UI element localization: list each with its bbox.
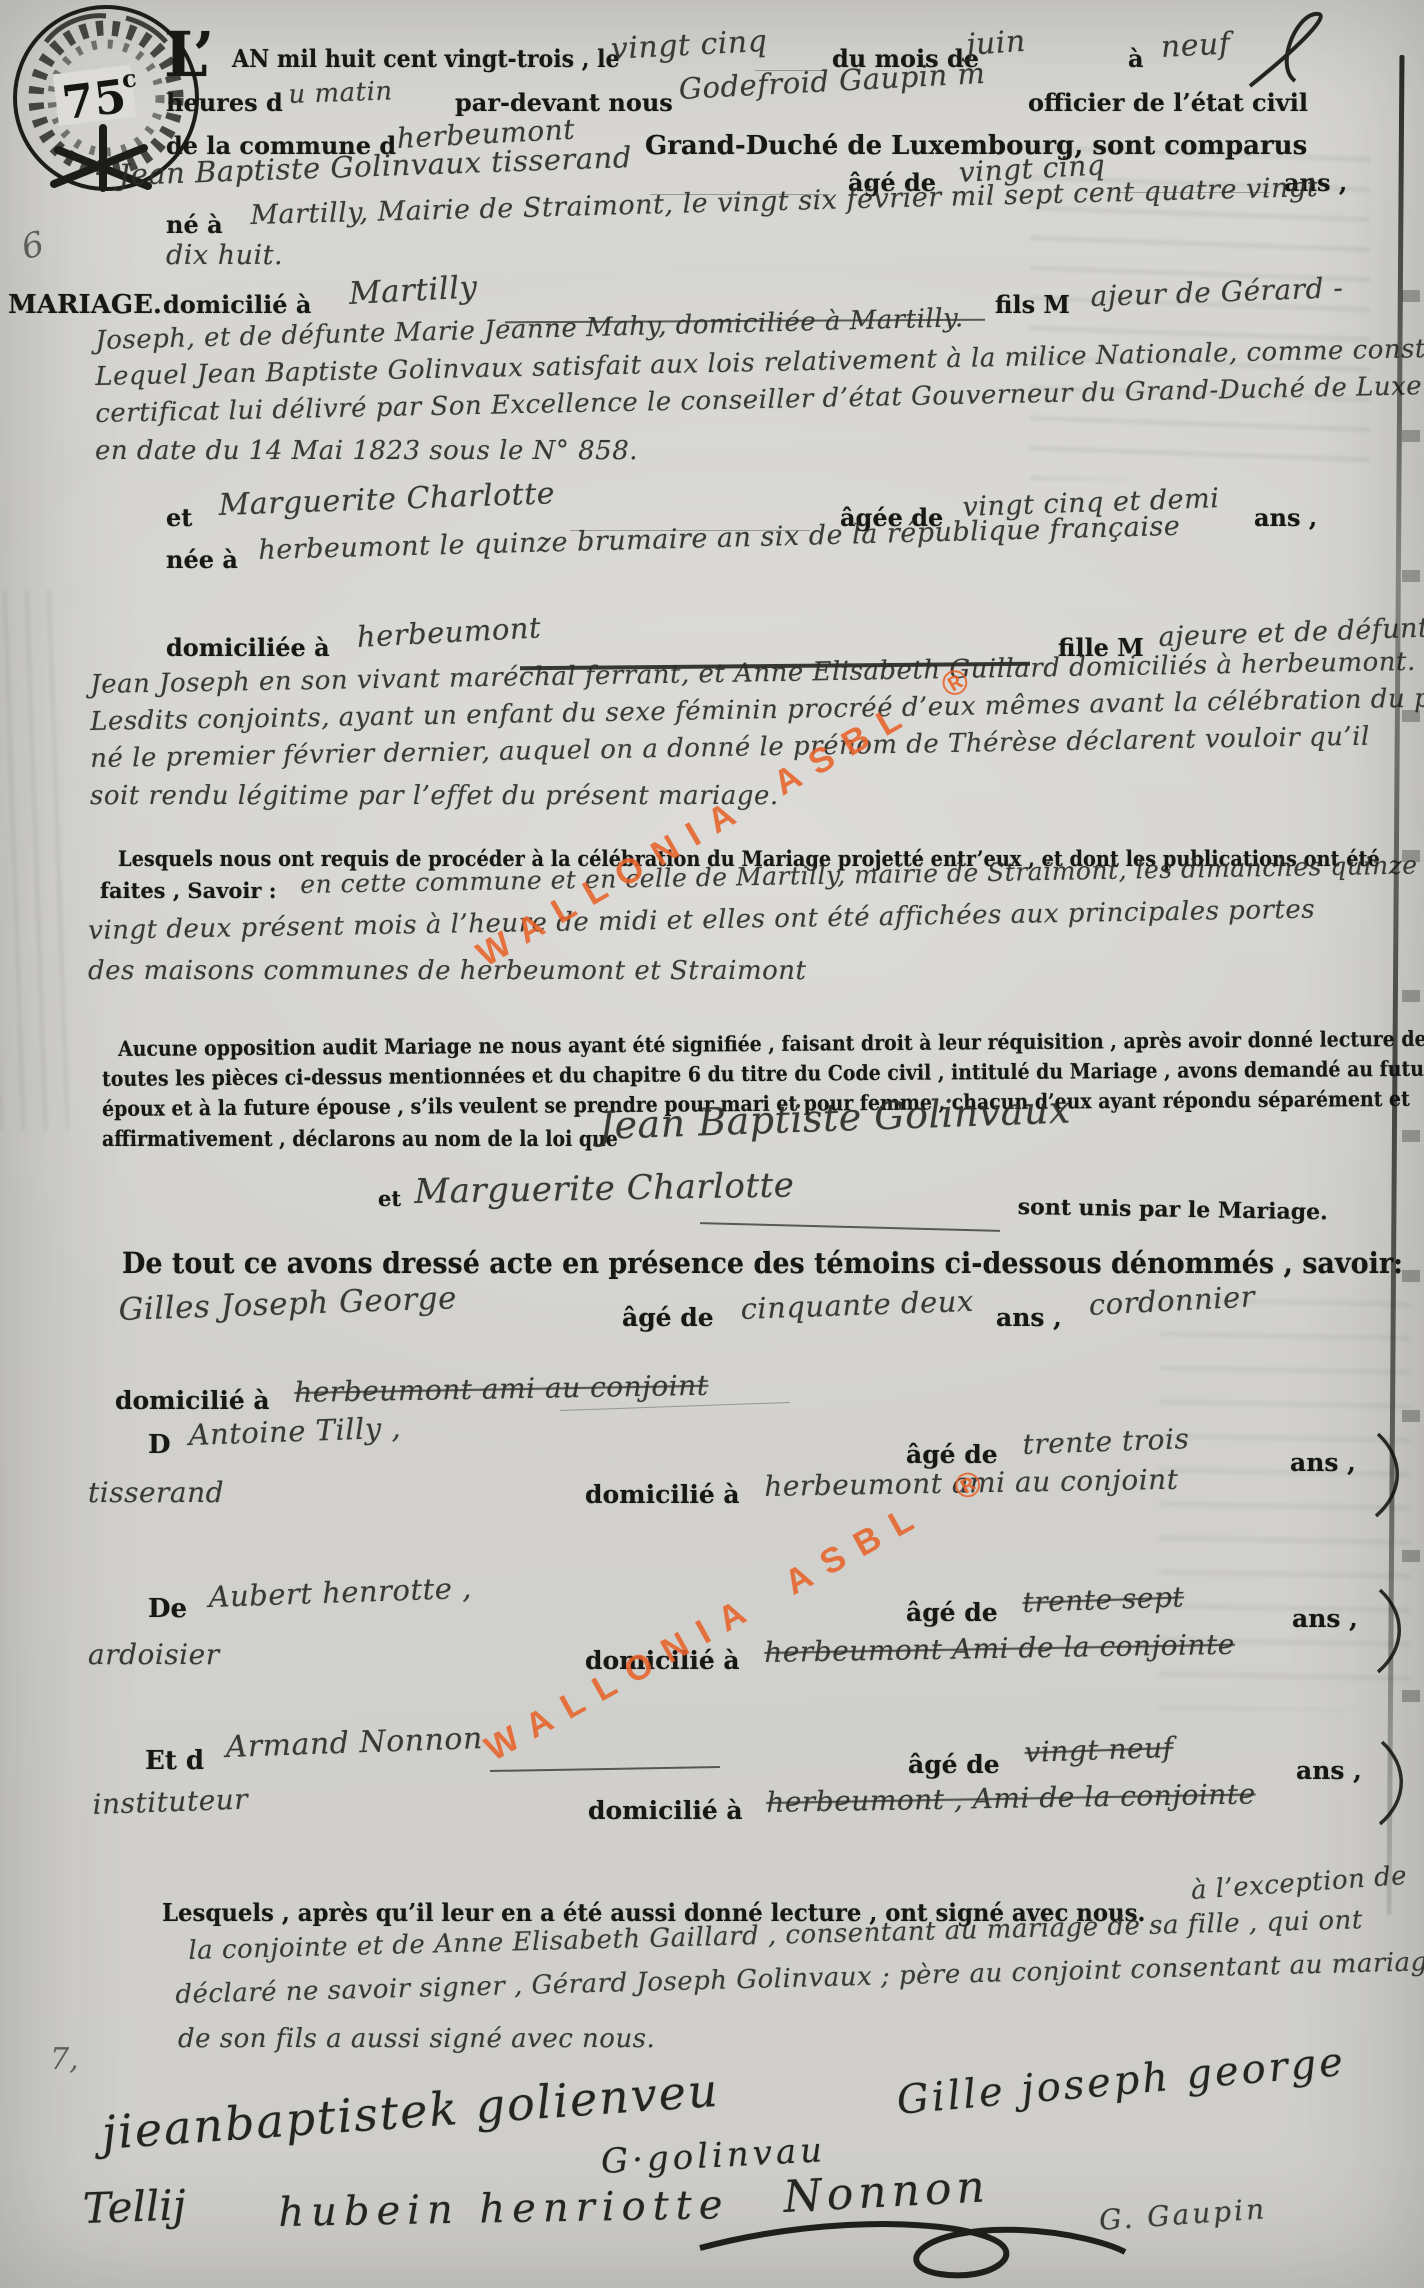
signature-underline [700,1222,1000,1232]
closing-hw3-handwriting: de son fils a aussi signé avec nous. [178,2024,655,2054]
marriage-day-handwriting: vingt cinq [610,24,768,67]
ceremony-p4: affirmativement , déclarons au nom de la… [102,1126,618,1151]
intro-line1-printed: AN mil huit cent vingt-trois , le [232,44,620,73]
witness4-occupation-handwriting: instituteur [92,1783,249,1821]
scanned-marriage-record: 75 c L’ AN mil huit cent vingt-trois , l… [0,0,1424,2288]
intro-dropcap: L’ [164,18,214,91]
groom-fils-majeur: fils M [995,290,1070,319]
time-of-day-handwriting: u matin [288,76,393,110]
witness4-ans: ans , [1296,1756,1362,1785]
witness4-age-label: âgé de [908,1750,1000,1779]
witness1-age-handwriting: cinquante deux [740,1284,974,1326]
witness2-prefix: D [148,1430,171,1460]
bride-et: et [166,503,192,532]
publications-hw3-handwriting: des maisons communes de herbeumont et St… [88,956,806,986]
facing-page-ink-fragments [1402,290,1420,1710]
groom-domicile-handwriting: Martilly [348,269,478,312]
bride-domicile-handwriting: herbeumont [356,610,542,654]
witness1-domicile-handwriting: herbeumont ami au conjoint [294,1369,709,1409]
groom-birth2-handwriting: dix huit. [166,240,283,271]
witness4-prefix: Et d [145,1746,204,1776]
marriage-hour-handwriting: neuf [1160,26,1231,65]
witness4-name-handwriting: Armand Nonnon [225,1721,483,1765]
witness4-age-handwriting: vingt neuf [1024,1731,1174,1769]
stamp-value: 75 [59,69,129,130]
intro-officier: officier de l’état civil [1028,88,1308,117]
pen-flourish [1240,6,1350,96]
witness3-prefix: De [148,1594,187,1624]
signature-witness-tilly: Tellij [82,2180,187,2233]
witness3-ans: ans , [1292,1604,1358,1633]
groom-ne-a: né à [166,210,223,239]
groom-militia3-handwriting: en date du 14 Mai 1823 sous le N° 858. [95,436,638,466]
witness-heading: De tout ce avons dressé acte en présence… [122,1246,1403,1280]
ceremony-union: sont unis par le Mariage. [1018,1194,1328,1225]
ceremony-p2: toutes les pièces ci-dessus mentionnées … [102,1056,1424,1091]
margin-mark-upper: 6 [17,224,48,268]
closing-hw0-handwriting: à l’exception de [1190,1861,1408,1906]
groom-domicile-label: domicilié à [163,290,311,319]
witness2-domicile-label: domicilié à [585,1480,740,1509]
publications-printed2: faites , Savoir : [100,878,277,903]
witness1-name-handwriting: Gilles Joseph George [118,1280,457,1328]
margin-mark-lower: 7, [50,2042,79,2077]
bride-ans: ans , [1254,503,1317,532]
witness2-ans: ans , [1290,1448,1356,1477]
signature-flourish [690,2208,1130,2288]
witness3-occupation-handwriting: ardoisier [88,1638,220,1671]
bleedthrough-patch [0,590,70,1130]
ceremony-et: et [378,1186,401,1211]
witness2-name-handwriting: Antoine Tilly , [188,1411,402,1452]
fill-line [490,1766,720,1772]
ceremony-bride-name-handwriting: Marguerite Charlotte [414,1165,795,1212]
ceremony-p1: Aucune opposition audit Mariage ne nous … [118,1026,1424,1061]
intro-a: à [1128,44,1144,73]
witness2-occupation-handwriting: tisserand [88,1476,224,1509]
witness4-domicile-label: domicilié à [588,1796,743,1825]
signature-witness-henrotte: hubein henriotte [278,2182,730,2236]
witness1-ans: ans , [996,1303,1062,1332]
bride-name-handwriting: Marguerite Charlotte [218,476,556,523]
witness4-domicile-handwriting: herbeumont , Ami de la conjointe [766,1777,1256,1819]
bride-child3-handwriting: soit rendu légitime par l’effet du prése… [90,781,779,811]
officer-name-handwriting: Godefroid Gaupin m [678,56,986,106]
witness3-age-handwriting: trente sept [1022,1580,1185,1619]
bride-birth-handwriting: herbeumont le quinze brumaire an six de … [258,511,1181,566]
witness3-name-handwriting: Aubert henrotte , [208,1571,472,1614]
witness1-domicile-label: domicilié à [115,1386,270,1415]
witness1-age-label: âgé de [622,1303,714,1332]
pen-flourish [1374,1738,1414,1828]
bride-domicile-label: domiciliée à [166,633,330,662]
witness2-age-handwriting: trente trois [1022,1422,1190,1461]
bride-nee-a: née à [166,545,238,574]
signature-witness-george: Gille joseph george [895,2039,1348,2124]
intro-heures: heures d [166,88,283,117]
witness3-age-label: âgé de [906,1598,998,1627]
act-type-label: MARIAGE. [8,290,162,320]
stamp-suffix: c [120,63,138,94]
